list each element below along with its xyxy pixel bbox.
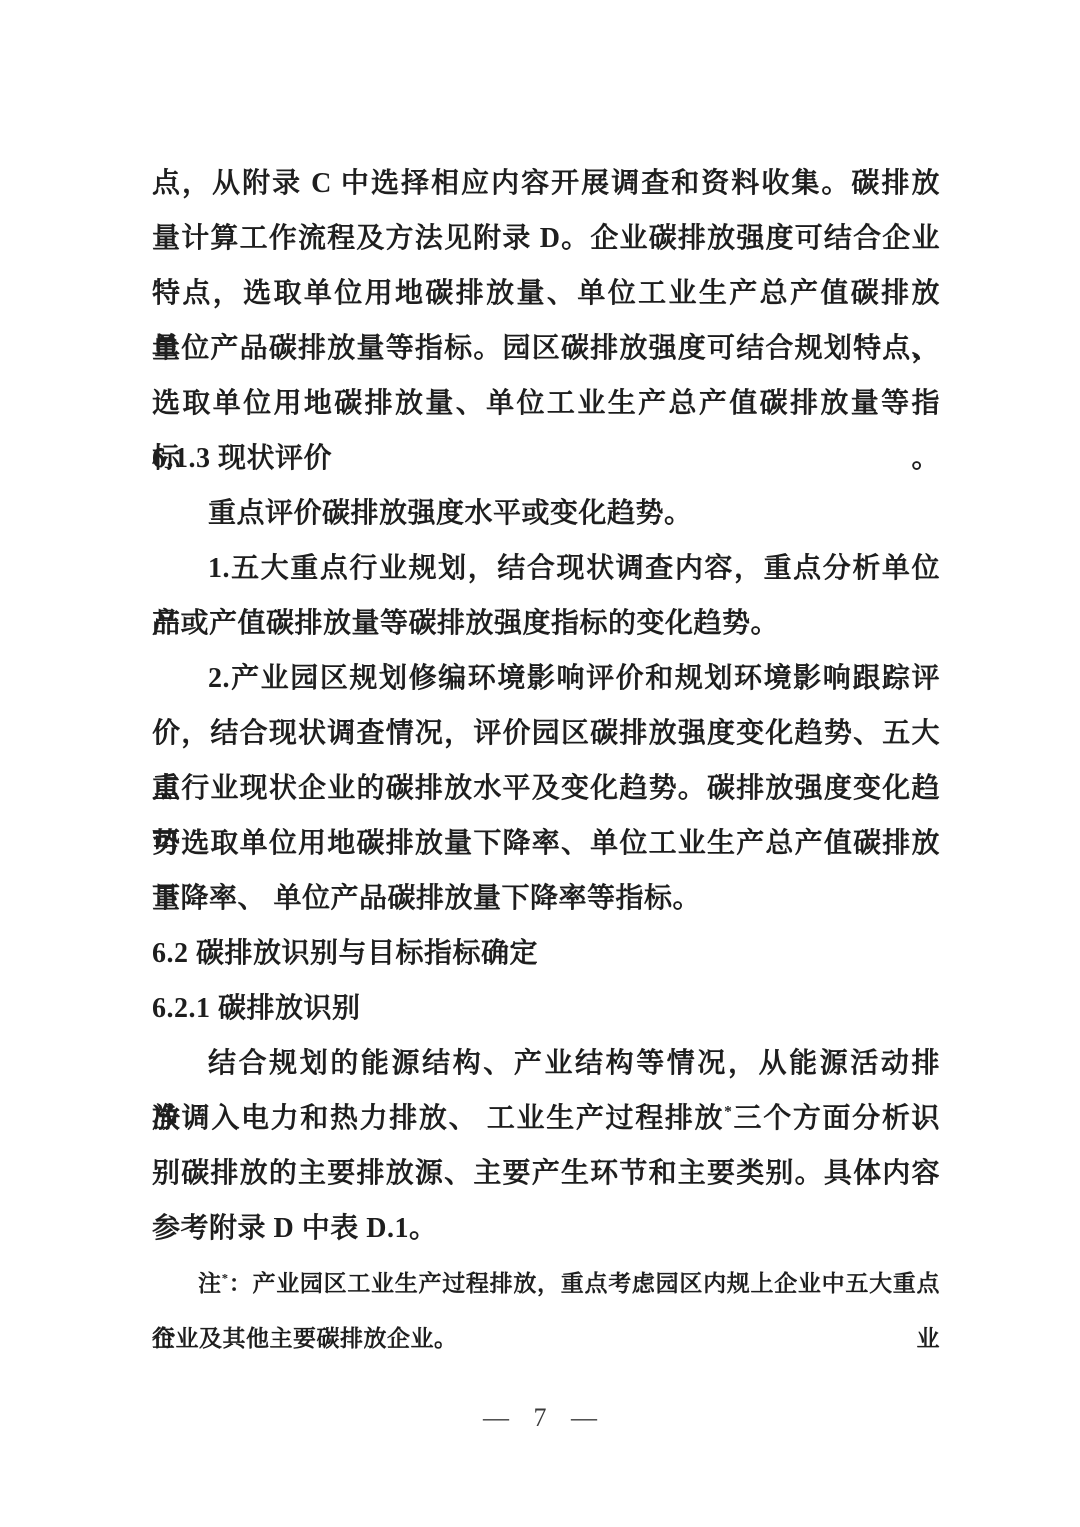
text-segment: 2.产业园区规划修编环境影响评价和规划环境影响跟踪评 <box>208 663 940 694</box>
text-segment: 重点评价碳排放强度水平或变化趋势。 <box>208 498 693 529</box>
body-text-line: 1.五大重点行业规划，结合现状调查内容，重点分析单位产 <box>152 541 940 596</box>
text-segment: 企业及其他主要碳排放企业。 <box>152 1326 458 1351</box>
body-text-line: 品或产值碳排放量等碳排放强度指标的变化趋势。 <box>152 596 940 651</box>
document-page: 点，从附录 C 中选择相应内容开展调查和资料收集。碳排放量计算工作流程及方法见附… <box>0 0 1080 1527</box>
footnote-line: 注*：产业园区工业生产过程排放，重点考虑园区内规上企业中五大重点行业 <box>152 1256 940 1311</box>
body-text-line: 别碳排放的主要排放源、主要产生环节和主要类别。具体内容 <box>152 1146 940 1201</box>
text-segment: 净调入电力和热力排放、 工业生产过程排放 <box>152 1103 724 1134</box>
body-text-line: 下降率、 单位产品碳排放量下降率等指标。 <box>152 871 940 926</box>
text-segment: 单位产品碳排放量等指标。园区碳排放强度可结合规划特点， <box>152 333 940 364</box>
text-segment: 下降率、 单位产品碳排放量下降率等指标。 <box>152 883 701 914</box>
body-text-line: 价，结合现状调查情况，评价园区碳排放强度变化趋势、五大重 <box>152 706 940 761</box>
text-segment: 6.2.1 碳排放识别 <box>152 993 361 1024</box>
superscript-asterisk: * <box>222 1271 229 1285</box>
text-segment: 点，从附录 C 中选择相应内容开展调查和资料收集。碳排放 <box>152 168 940 199</box>
text-segment: 参考附录 D 中表 D.1。 <box>152 1213 437 1244</box>
text-block: 点，从附录 C 中选择相应内容开展调查和资料收集。碳排放量计算工作流程及方法见附… <box>152 156 940 1366</box>
body-text-line: 选取单位用地碳排放量、单位工业生产总产值碳排放量等指标。 <box>152 376 940 431</box>
section-heading-6-2: 6.2 碳排放识别与目标指标确定 <box>152 926 940 981</box>
body-text-line: 结合规划的能源结构、产业结构等情况，从能源活动排放、 <box>152 1036 940 1091</box>
body-text-line: 参考附录 D 中表 D.1。 <box>152 1201 940 1256</box>
text-segment: 量计算工作流程及方法见附录 D。企业碳排放强度可结合企业 <box>152 223 940 254</box>
text-segment: 三个方面分析识 <box>732 1103 940 1134</box>
body-text-line: 量计算工作流程及方法见附录 D。企业碳排放强度可结合企业 <box>152 211 940 266</box>
text-segment: 注 <box>198 1271 222 1296</box>
body-text-line: 2.产业园区规划修编环境影响评价和规划环境影响跟踪评 <box>152 651 940 706</box>
body-text-line: 单位产品碳排放量等指标。园区碳排放强度可结合规划特点， <box>152 321 940 376</box>
section-heading-6-2-1: 6.2.1 碳排放识别 <box>152 981 940 1036</box>
body-text-line: 净调入电力和热力排放、 工业生产过程排放*三个方面分析识 <box>152 1091 940 1146</box>
text-segment: 6.2 碳排放识别与目标指标确定 <box>152 938 538 969</box>
body-text-line: 点，从附录 C 中选择相应内容开展调查和资料收集。碳排放 <box>152 156 940 211</box>
page-number: — 7 — <box>0 1398 1080 1438</box>
text-segment: 品或产值碳排放量等碳排放强度指标的变化趋势。 <box>152 608 779 639</box>
body-text-line: 特点，选取单位用地碳排放量、单位工业生产总产值碳排放量、 <box>152 266 940 321</box>
text-segment: 别碳排放的主要排放源、主要产生环节和主要类别。具体内容 <box>152 1158 940 1189</box>
body-text-line: 点行业现状企业的碳排放水平及变化趋势。碳排放强度变化趋势 <box>152 761 940 816</box>
text-segment: 6.1.3 现状评价 <box>152 443 332 474</box>
body-text-line: 重点评价碳排放强度水平或变化趋势。 <box>152 486 940 541</box>
body-text-line: 可选取单位用地碳排放量下降率、单位工业生产总产值碳排放量 <box>152 816 940 871</box>
